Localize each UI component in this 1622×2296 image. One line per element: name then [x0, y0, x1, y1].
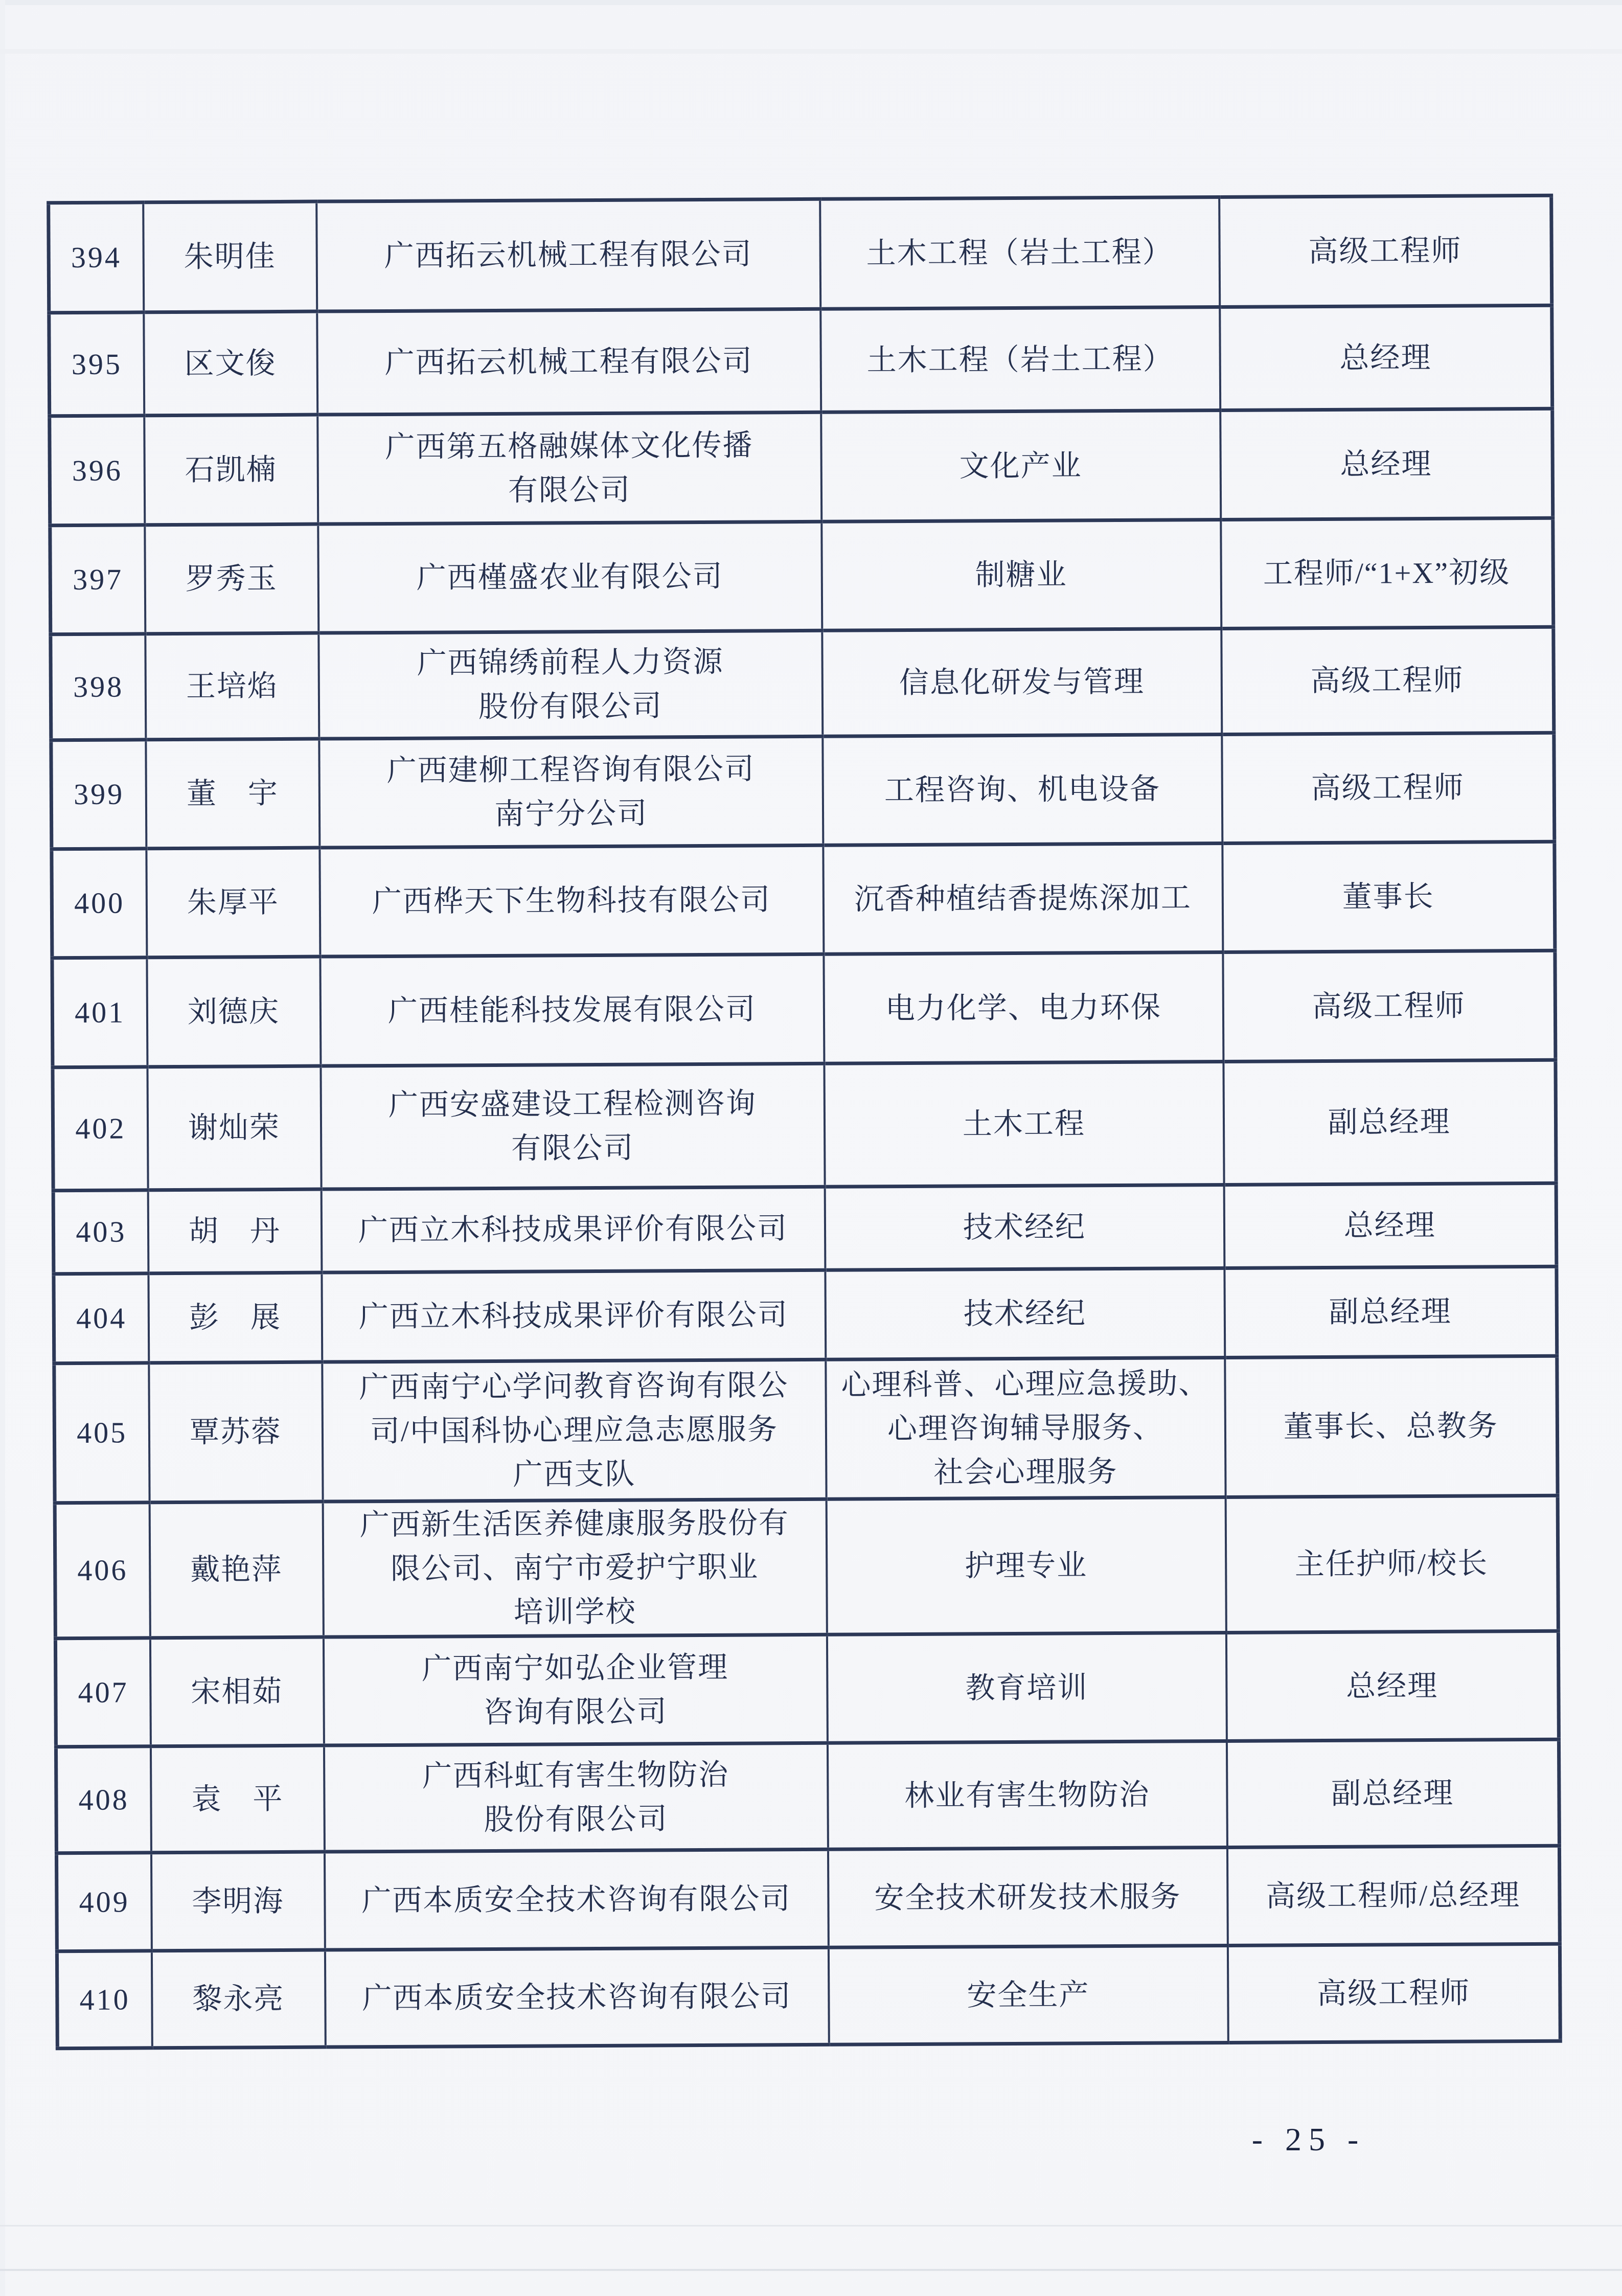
name-cell: 谢灿荣: [147, 1066, 321, 1190]
name-cell: 覃苏蓉: [149, 1362, 323, 1503]
org-cell: 广西本质安全技术咨询有限公司: [324, 1849, 828, 1950]
page-number: - 25 -: [1191, 2121, 1426, 2158]
row-no-cell: 403: [53, 1190, 148, 1274]
org-cell: 广西新生活医养健康服务股份有 限公司、南宁市爱护宁职业 培训学校: [323, 1499, 827, 1637]
industry-cell: 护理专业: [826, 1497, 1226, 1634]
name-cell: 朱厚平: [146, 848, 320, 958]
name-cell: 彭 展: [148, 1272, 322, 1363]
table-row: 401刘德庆广西桂能科技发展有限公司电力化学、电力环保高级工程师: [52, 950, 1556, 1067]
org-cell: 广西拓云机械工程有限公司: [317, 309, 821, 415]
title-cell: 副总经理: [1224, 1266, 1557, 1357]
industry-cell: 土木工程（岩土工程）: [820, 197, 1220, 309]
table-row: 409李明海广西本质安全技术咨询有限公司安全技术研发技术服务高级工程师/总经理: [56, 1846, 1560, 1951]
table-row: 407宋相茹广西南宁如弘企业管理 咨询有限公司教育培训总经理: [55, 1631, 1559, 1746]
table-row: 395区文俊广西拓云机械工程有限公司土木工程（岩土工程）总经理: [49, 305, 1552, 416]
name-cell: 戴艳萍: [149, 1502, 323, 1638]
row-no-cell: 407: [55, 1638, 150, 1747]
scan-artifact-line: [0, 2225, 1622, 2226]
name-cell: 区文俊: [144, 311, 317, 416]
table-row: 403胡 丹广西立木科技成果评价有限公司技术经纪总经理: [53, 1183, 1557, 1274]
table-row: 398王培焰广西锦绣前程人力资源 股份有限公司信息化研发与管理高级工程师: [51, 627, 1554, 740]
name-cell: 王培焰: [145, 633, 319, 740]
title-cell: 副总经理: [1226, 1739, 1559, 1847]
title-cell: 总经理: [1220, 305, 1552, 410]
row-no-cell: 408: [56, 1746, 151, 1853]
table-body: 394朱明佳广西拓云机械工程有限公司土木工程（岩土工程）高级工程师395区文俊广…: [49, 195, 1561, 2048]
org-cell: 广西拓云机械工程有限公司: [316, 199, 820, 311]
title-cell: 高级工程师: [1219, 195, 1552, 307]
table-row: 406戴艳萍广西新生活医养健康服务股份有 限公司、南宁市爱护宁职业 培训学校护理…: [55, 1495, 1558, 1638]
table-row: 408袁 平广西科虹有害生物防治 股份有限公司林业有害生物防治副总经理: [56, 1739, 1559, 1853]
title-cell: 高级工程师: [1221, 627, 1554, 734]
org-cell: 广西第五格融媒体文化传播 有限公司: [317, 412, 821, 524]
org-cell: 广西立木科技成果评价有限公司: [322, 1270, 826, 1362]
scan-edge-top: [0, 0, 1622, 5]
industry-cell: 制糖业: [821, 519, 1221, 630]
title-cell: 高级工程师/总经理: [1227, 1846, 1560, 1945]
name-cell: 袁 平: [150, 1745, 324, 1853]
row-no-cell: 397: [50, 525, 145, 634]
industry-cell: 工程咨询、机电设备: [823, 734, 1222, 845]
row-no-cell: 399: [51, 740, 146, 849]
name-cell: 黎永亮: [151, 1950, 325, 2048]
row-no-cell: 410: [57, 1951, 152, 2049]
title-cell: 高级工程师: [1222, 733, 1555, 843]
row-no-cell: 402: [53, 1067, 148, 1191]
name-cell: 董 宇: [146, 739, 319, 849]
industry-cell: 文化产业: [821, 410, 1221, 521]
table-row: 396石凯楠广西第五格融媒体文化传播 有限公司文化产业总经理: [50, 408, 1553, 525]
org-cell: 广西南宁心学问教育咨询有限公 司/中国科协心理应急志愿服务 广西支队: [322, 1359, 826, 1502]
name-cell: 石凯楠: [144, 415, 318, 525]
industry-cell: 沉香种植结香提炼深加工: [823, 843, 1223, 954]
org-cell: 广西本质安全技术咨询有限公司: [325, 1947, 829, 2047]
row-no-cell: 404: [54, 1274, 149, 1363]
personnel-roster-table: 394朱明佳广西拓云机械工程有限公司土木工程（岩土工程）高级工程师395区文俊广…: [47, 194, 1562, 2050]
row-no-cell: 409: [56, 1853, 151, 1951]
row-no-cell: 400: [52, 849, 147, 958]
title-cell: 主任护师/校长: [1225, 1495, 1558, 1632]
org-cell: 广西锦绣前程人力资源 股份有限公司: [318, 630, 823, 739]
title-cell: 总经理: [1226, 1631, 1559, 1741]
row-no-cell: 396: [50, 416, 145, 526]
org-cell: 广西立木科技成果评价有限公司: [321, 1187, 825, 1272]
table-row: 410黎永亮广西本质安全技术咨询有限公司安全生产高级工程师: [57, 1944, 1560, 2048]
row-no-cell: 401: [52, 958, 147, 1067]
name-cell: 胡 丹: [148, 1189, 322, 1274]
industry-cell: 教育培训: [827, 1632, 1226, 1743]
row-no-cell: 398: [51, 634, 146, 740]
title-cell: 高级工程师: [1227, 1944, 1560, 2042]
name-cell: 宋相茹: [150, 1637, 324, 1746]
name-cell: 刘德庆: [147, 957, 321, 1067]
org-cell: 广西建柳工程咨询有限公司 南宁分公司: [319, 736, 823, 848]
industry-cell: 心理科普、心理应急援助、 心理咨询辅导服务、 社会心理服务: [826, 1357, 1225, 1499]
table-row: 400朱厚平广西桦天下生物科技有限公司沉香种植结香提炼深加工董事长: [52, 842, 1555, 958]
table-row: 394朱明佳广西拓云机械工程有限公司土木工程（岩土工程）高级工程师: [49, 195, 1552, 312]
org-cell: 广西科虹有害生物防治 股份有限公司: [324, 1743, 828, 1852]
scan-artifact-band: [0, 49, 1622, 54]
title-cell: 工程师/“1+X”初级: [1221, 518, 1554, 628]
row-no-cell: 394: [49, 202, 144, 313]
industry-cell: 信息化研发与管理: [822, 628, 1222, 736]
row-no-cell: 395: [49, 312, 144, 416]
table-wrap: 394朱明佳广西拓云机械工程有限公司土木工程（岩土工程）高级工程师395区文俊广…: [47, 194, 1559, 2050]
table-row: 397罗秀玉广西槿盛农业有限公司制糖业工程师/“1+X”初级: [50, 518, 1554, 634]
industry-cell: 技术经纪: [825, 1185, 1224, 1270]
industry-cell: 林业有害生物防治: [827, 1741, 1227, 1849]
org-cell: 广西槿盛农业有限公司: [318, 521, 822, 633]
industry-cell: 安全生产: [828, 1945, 1228, 2044]
name-cell: 李明海: [151, 1852, 325, 1951]
scan-artifact-line: [0, 2269, 1622, 2271]
industry-cell: 电力化学、电力环保: [824, 952, 1223, 1063]
title-cell: 高级工程师: [1223, 950, 1556, 1061]
title-cell: 董事长、总教务: [1225, 1356, 1558, 1497]
title-cell: 副总经理: [1223, 1060, 1556, 1185]
title-cell: 总经理: [1224, 1183, 1557, 1268]
table-row: 405覃苏蓉广西南宁心学问教育咨询有限公 司/中国科协心理应急志愿服务 广西支队…: [54, 1356, 1558, 1503]
industry-cell: 土木工程: [824, 1061, 1224, 1187]
org-cell: 广西安盛建设工程检测咨询 有限公司: [321, 1063, 825, 1189]
scan-edge-left: [0, 0, 5, 2296]
title-cell: 总经理: [1220, 408, 1553, 519]
org-cell: 广西南宁如弘企业管理 咨询有限公司: [323, 1634, 827, 1745]
industry-cell: 土木工程（岩土工程）: [820, 307, 1220, 412]
name-cell: 朱明佳: [143, 201, 317, 312]
table-row: 402谢灿荣广西安盛建设工程检测咨询 有限公司土木工程副总经理: [53, 1060, 1556, 1190]
org-cell: 广西桦天下生物科技有限公司: [319, 845, 824, 957]
table-row: 404彭 展广西立木科技成果评价有限公司技术经纪副总经理: [54, 1266, 1557, 1363]
industry-cell: 安全技术研发技术服务: [828, 1847, 1227, 1947]
row-no-cell: 406: [55, 1503, 150, 1639]
table-row: 399董 宇广西建柳工程咨询有限公司 南宁分公司工程咨询、机电设备高级工程师: [51, 733, 1555, 849]
title-cell: 董事长: [1222, 842, 1555, 952]
industry-cell: 技术经纪: [825, 1268, 1225, 1359]
name-cell: 罗秀玉: [145, 524, 318, 634]
org-cell: 广西桂能科技发展有限公司: [320, 954, 824, 1066]
row-no-cell: 405: [54, 1363, 149, 1503]
